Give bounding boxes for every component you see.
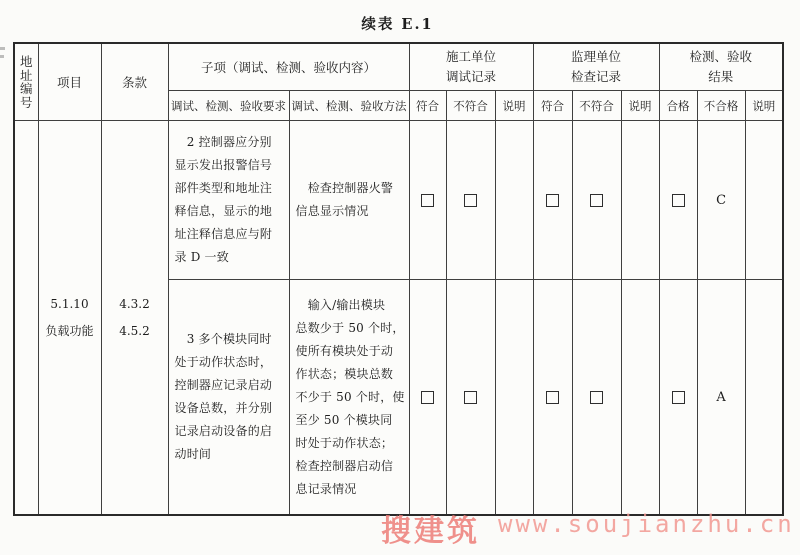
checkbox-icon	[464, 391, 477, 404]
header-cell-result-pass: 合格	[659, 91, 697, 121]
checkbox-icon	[421, 194, 434, 207]
checkbox-icon	[421, 391, 434, 404]
header-cell-method: 调试、检测、验收方法	[289, 91, 409, 121]
cell-constructor-nonconform-row1	[446, 121, 495, 280]
header-cell-result-note: 说明	[745, 91, 783, 121]
checkbox-icon	[546, 391, 559, 404]
body-cell-requirement-row1: 2 控制器应分别 显示发出报警信号 部件类型和地址注 释信息，显示的地 址注释信…	[168, 121, 289, 280]
body-cell-clause: 4.3.2 4.5.2	[101, 121, 168, 516]
checkbox-icon	[546, 194, 559, 207]
page-title: 续表 E.1	[13, 13, 782, 34]
cell-constructor-conform-row2	[409, 280, 446, 516]
cell-constructor-nonconform-row2	[446, 280, 495, 516]
checkbox-icon	[672, 391, 685, 404]
header-cell-constructor-note: 说明	[495, 91, 533, 121]
header-cell-supervisor-nonconform: 不符合	[572, 91, 621, 121]
body-cell-project: 5.1.10 负载功能	[38, 121, 101, 516]
header-cell-constructor-conform: 符合	[409, 91, 446, 121]
acceptance-record-table: 地 址 编 号 项目 条款 子项（调试、检测、验收内容） 施工单位 调试记录 监…	[13, 42, 784, 516]
header-cell-supervisor-note: 说明	[621, 91, 659, 121]
header-cell-supervisor-conform: 符合	[533, 91, 572, 121]
cell-result-note-row1	[745, 121, 783, 280]
body-cell-method-row2: 输入/输出模块 总数少于 50 个时， 使所有模块处于动 作状态；模块总数 不少…	[289, 280, 409, 516]
header-cell-requirement: 调试、检测、验收要求	[168, 91, 289, 121]
header-cell-subitem-group: 子项（调试、检测、验收内容）	[168, 43, 409, 91]
header-cell-supervisor-group: 监理单位 检查记录	[533, 43, 659, 91]
checkbox-icon	[590, 194, 603, 207]
cell-supervisor-nonconform-row2	[572, 280, 621, 516]
cell-result-grade-row2: A	[697, 280, 745, 516]
checkbox-icon	[464, 194, 477, 207]
header-cell-constructor-group: 施工单位 调试记录	[409, 43, 533, 91]
cell-result-grade-row1: C	[697, 121, 745, 280]
cell-constructor-note-row1	[495, 121, 533, 280]
body-cell-address-number	[14, 121, 38, 516]
header-cell-result-fail: 不合格	[697, 91, 745, 121]
header-cell-clause: 条款	[101, 43, 168, 121]
cell-constructor-conform-row1	[409, 121, 446, 280]
header-cell-project: 项目	[38, 43, 101, 121]
scan-edge-artifact	[0, 47, 5, 50]
body-cell-requirement-row2: 3 多个模块同时 处于动作状态时， 控制器应记录启动 设备总数，并分别 记录启动…	[168, 280, 289, 516]
cell-result-pass-row1	[659, 121, 697, 280]
cell-supervisor-conform-row2	[533, 280, 572, 516]
cell-supervisor-conform-row1	[533, 121, 572, 280]
header-cell-constructor-nonconform: 不符合	[446, 91, 495, 121]
cell-result-note-row2	[745, 280, 783, 516]
cell-supervisor-note-row1	[621, 121, 659, 280]
cell-supervisor-note-row2	[621, 280, 659, 516]
checkbox-icon	[672, 194, 685, 207]
checkbox-icon	[590, 391, 603, 404]
cell-result-pass-row2	[659, 280, 697, 516]
cell-constructor-note-row2	[495, 280, 533, 516]
body-cell-method-row1: 检查控制器火警 信息显示情况	[289, 121, 409, 280]
cell-supervisor-nonconform-row1	[572, 121, 621, 280]
header-cell-result-group: 检测、验收 结果	[659, 43, 783, 91]
scan-edge-artifact	[0, 55, 4, 58]
header-cell-address-number: 地 址 编 号	[14, 43, 38, 121]
